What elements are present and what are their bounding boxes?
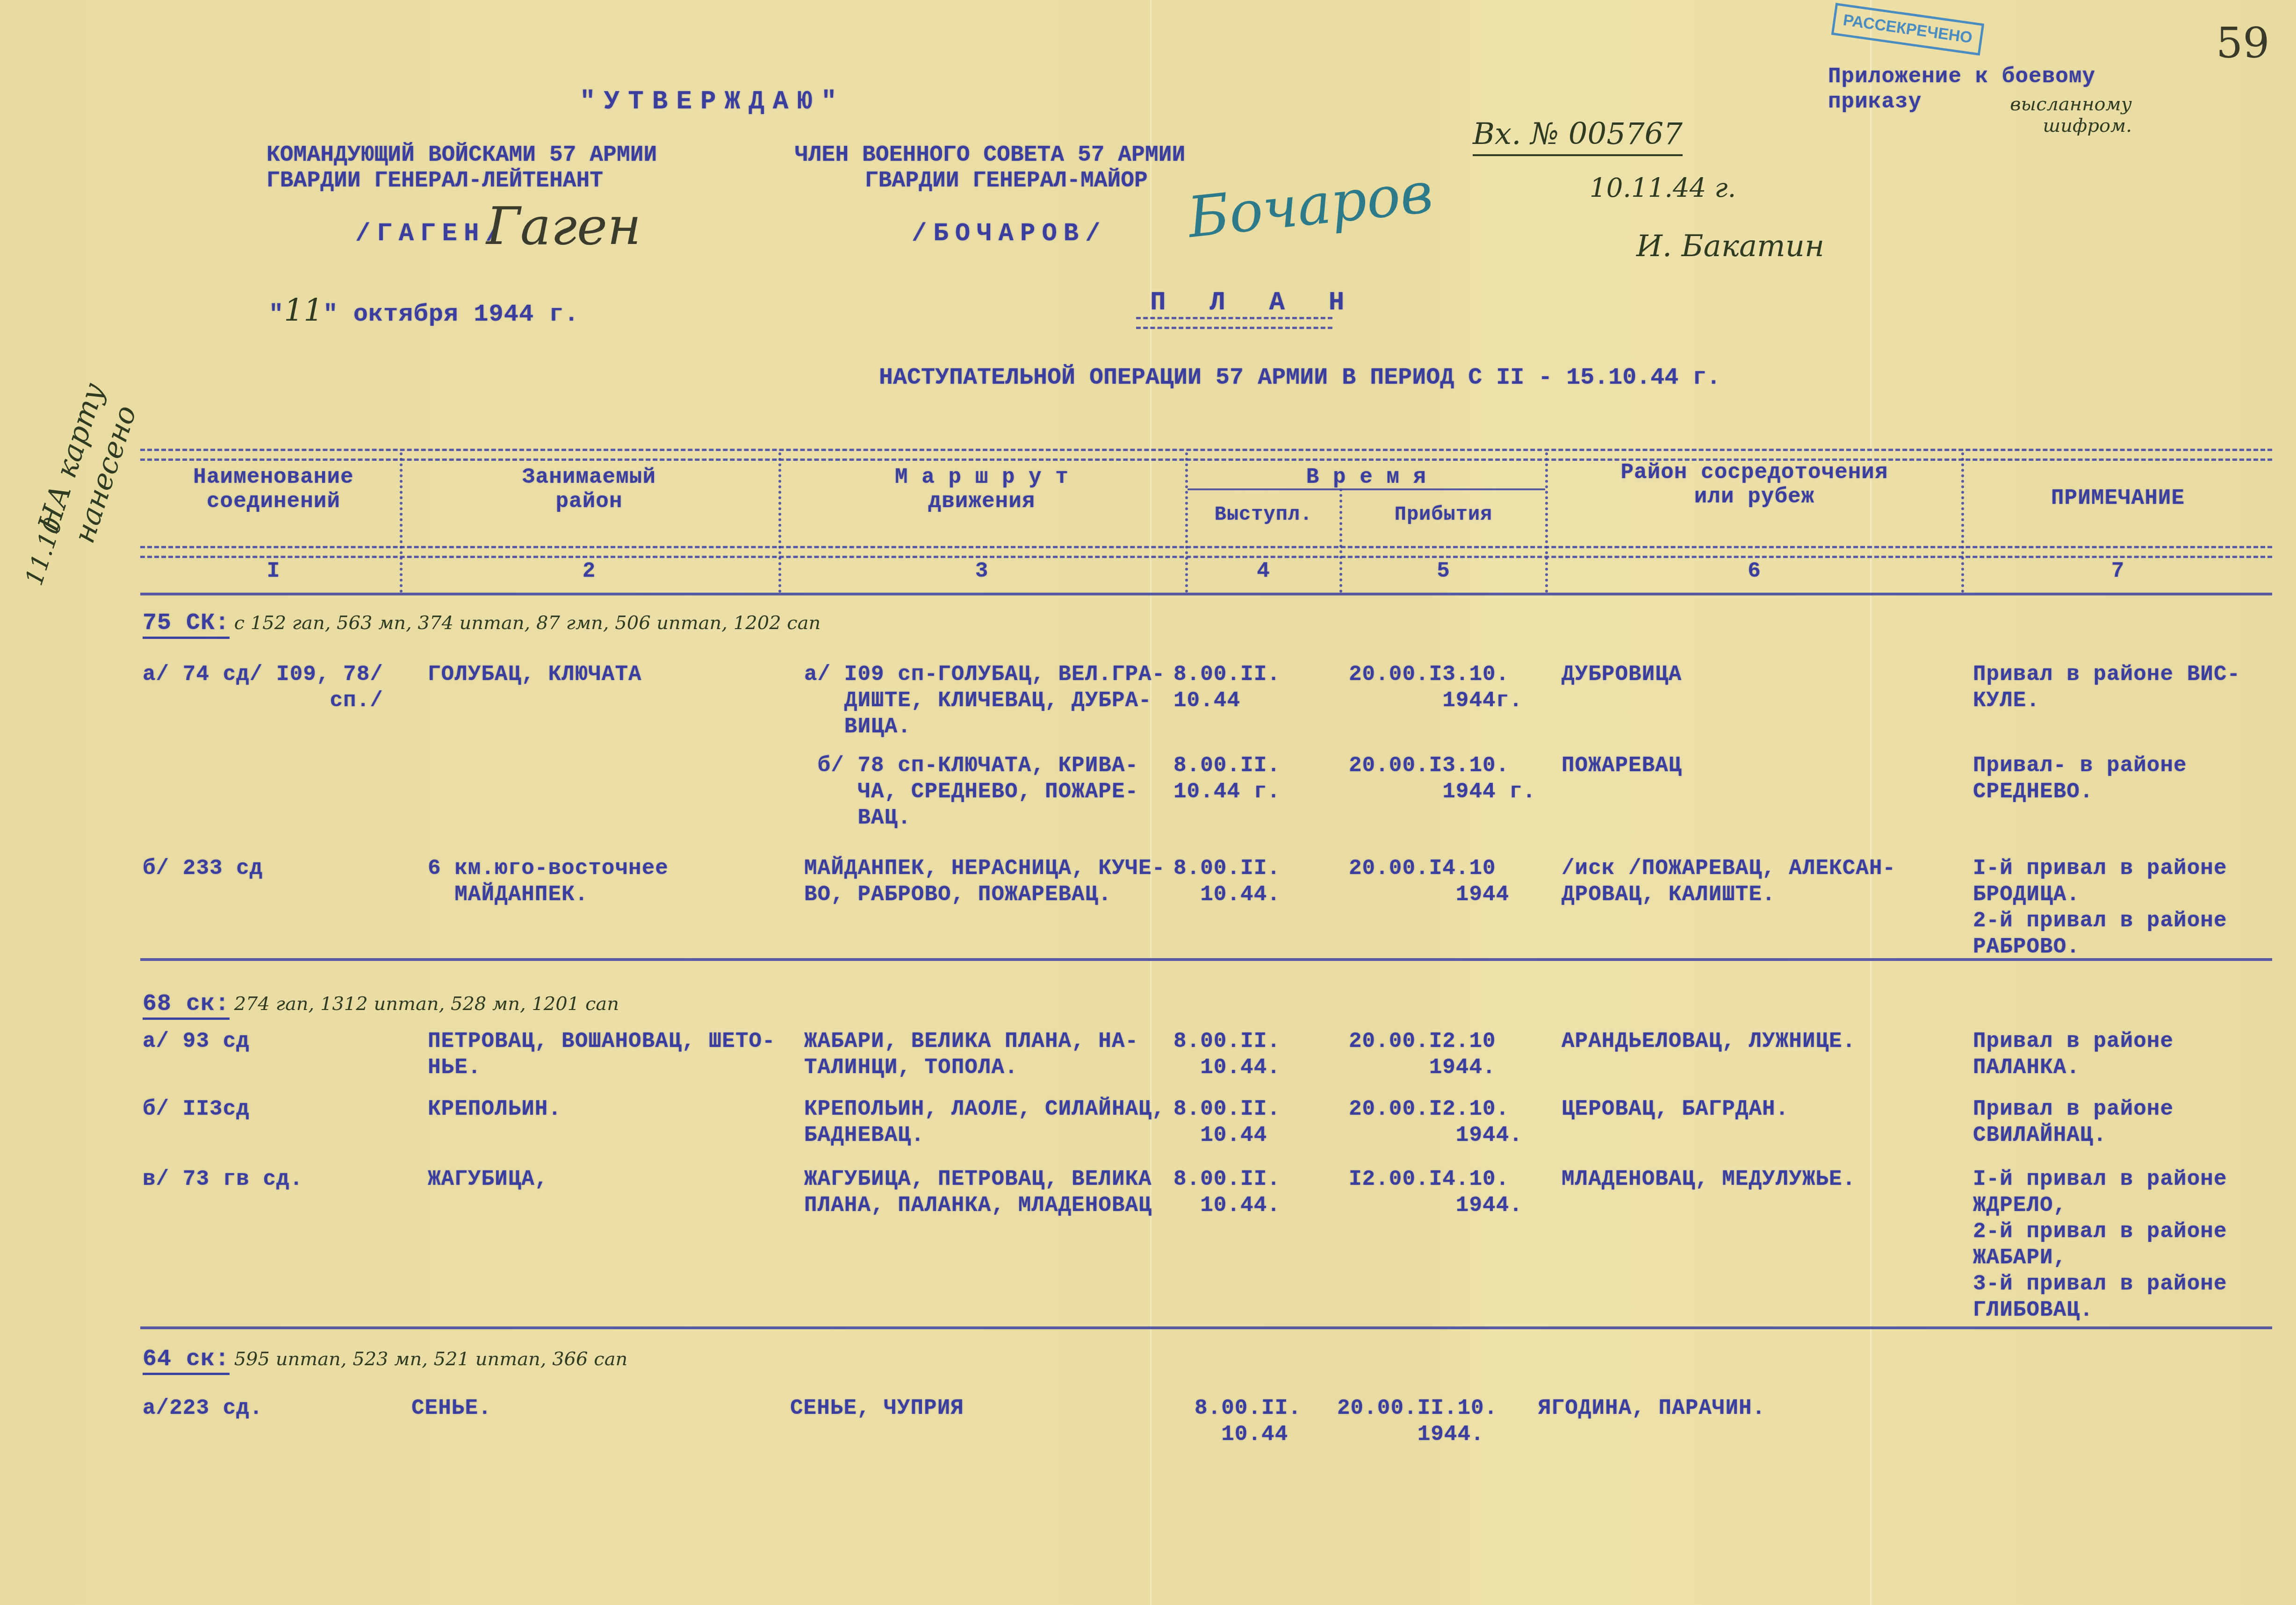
arrival-cell: 20.00.I2.10 1944. bbox=[1349, 1028, 1496, 1081]
col-numbers-bottom-border bbox=[140, 593, 2272, 595]
destination-cell: МЛАДЕНОВАЦ, МЕДУЛУЖЬЕ. bbox=[1562, 1166, 1856, 1192]
col-number: I bbox=[150, 559, 397, 583]
title-underline bbox=[1136, 317, 1332, 329]
date-day: 11 bbox=[284, 292, 323, 328]
date-quote: " bbox=[269, 301, 284, 328]
unit-cell: б/ II3сд bbox=[143, 1096, 250, 1122]
departure-cell: 8.00.II. 10.44. bbox=[1173, 1166, 1281, 1218]
col-number: 6 bbox=[1547, 559, 1961, 583]
header-unit-name: Наименование соединений bbox=[150, 465, 397, 514]
departure-cell: 8.00.II. 10.44 bbox=[1173, 661, 1281, 714]
area-cell: КРЕПОЛЬИН. bbox=[428, 1096, 561, 1122]
date-quote: " bbox=[323, 301, 353, 328]
corps-attachments: 595 иптап, 523 мп, 521 иптап, 366 сап bbox=[234, 1348, 628, 1370]
note-cell: Привал в районе СВИЛАЙНАЦ. bbox=[1973, 1096, 2174, 1148]
unit-cell: а/ 93 сд bbox=[143, 1028, 250, 1054]
margin-note-date: 11.10 bbox=[20, 514, 68, 589]
corps-label: 64 ск: bbox=[143, 1346, 230, 1375]
route-cell: СЕНЬЕ, ЧУПРИЯ bbox=[790, 1395, 964, 1421]
council-member-signature: Бочаров bbox=[1185, 160, 1436, 251]
area-cell: 6 км.юго-восточнее МАЙДАНПЕК. bbox=[428, 855, 669, 908]
document-subtitle: НАСТУПАТЕЛЬНОЙ ОПЕРАЦИИ 57 АРМИИ В ПЕРИО… bbox=[879, 365, 1720, 391]
commander-name: /ГАГЕН/ bbox=[355, 220, 507, 248]
paper-crease bbox=[1150, 0, 1152, 1605]
corps-heading-64: 64 ск: 595 иптап, 523 мп, 521 иптап, 366… bbox=[143, 1346, 627, 1373]
corps-attachments: с 152 гап, 563 мп, 374 иптап, 87 гмп, 50… bbox=[234, 612, 821, 634]
arrival-cell: I2.00.I4.10. 1944. bbox=[1349, 1166, 1523, 1218]
declassified-stamp: РАССЕКРЕЧЕНО bbox=[1831, 3, 1984, 56]
route-cell: ЖАБАРИ, ВЕЛИКА ПЛАНА, НА- ТАЛИНЦИ, ТОПОЛ… bbox=[804, 1028, 1138, 1081]
arrival-cell: 20.00.I2.10. 1944. bbox=[1349, 1096, 1523, 1148]
area-cell: ЖАГУБИЦА, bbox=[428, 1166, 548, 1192]
route-cell: б/ 78 сп-КЛЮЧАТА, КРИВА- ЧА, СРЕДНЕВО, П… bbox=[804, 752, 1138, 831]
header-arrival: Прибытия bbox=[1342, 502, 1545, 527]
arrival-cell: 20.00.I3.10. 1944 г. bbox=[1349, 752, 1536, 805]
unit-cell: а/223 сд. bbox=[143, 1395, 263, 1421]
incoming-date: 10.11.44 г. bbox=[1590, 173, 1736, 203]
col-number: 5 bbox=[1342, 559, 1545, 583]
corps-heading-75: 75 СК: с 152 гап, 563 мп, 374 иптап, 87 … bbox=[143, 610, 821, 637]
header-time-group: В р е м я bbox=[1188, 465, 1545, 489]
note-cell: I-й привал в районе ЖДРЕЛО, 2-й привал в… bbox=[1973, 1166, 2227, 1323]
group-separator bbox=[140, 1326, 2272, 1329]
destination-cell: АРАНДЬЕЛОВАЦ, ЛУЖНИЦЕ. bbox=[1562, 1028, 1856, 1054]
note-cell: I-й привал в районе БРОДИЦА. 2-й привал … bbox=[1973, 855, 2227, 960]
page-number: 59 bbox=[2216, 19, 2270, 68]
note-cell: Привал- в районе СРЕДНЕВО. bbox=[1973, 752, 2187, 805]
incoming-number: Вх. № 005767 bbox=[1473, 117, 1683, 156]
departure-cell: 8.00.II. 10.44 bbox=[1173, 1096, 1281, 1148]
area-cell: ГОЛУБАЦ, КЛЮЧАТА bbox=[428, 661, 642, 688]
council-member-title-line2: ГВАРДИИ ГЕНЕРАЛ-МАЙОР bbox=[865, 168, 1148, 193]
area-cell: ПЕТРОВАЦ, ВОШАНОВАЦ, ШЕТО- НЬЕ. bbox=[428, 1028, 776, 1081]
header-route: М а р ш р у т движения bbox=[781, 465, 1183, 514]
note-cell: Привал в районе ПАЛАНКА. bbox=[1973, 1028, 2174, 1081]
unit-cell: б/ 233 сд bbox=[143, 855, 263, 881]
departure-cell: 8.00.II. 10.44 г. bbox=[1173, 752, 1281, 805]
group-separator bbox=[140, 958, 2272, 961]
area-cell: СЕНЬЕ. bbox=[411, 1395, 492, 1421]
destination-cell: ЯГОДИНА, ПАРАЧИН. bbox=[1538, 1395, 1765, 1421]
document-title: П Л А Н bbox=[1150, 287, 1358, 317]
header-bottom-border bbox=[140, 546, 2272, 558]
destination-cell: ЦЕРОВАЦ, БАГРДАН. bbox=[1562, 1096, 1789, 1122]
registrar-signature: И. Бакатин bbox=[1636, 229, 1824, 264]
col-number: 3 bbox=[781, 559, 1183, 583]
arrival-cell: 20.00.II.10. 1944. bbox=[1337, 1395, 1497, 1447]
approval-date: "11" октября 1944 г. bbox=[269, 292, 579, 328]
corps-attachments: 274 гап, 1312 иптап, 528 мп, 1201 сап bbox=[234, 993, 619, 1015]
note-cell: Привал в районе ВИС- КУЛЕ. bbox=[1973, 661, 2240, 714]
attachment-note-line1: Приложение к боевому bbox=[1828, 64, 2095, 89]
route-cell: ЖАГУБИЦА, ПЕТРОВАЦ, ВЕЛИКА ПЛАНА, ПАЛАНК… bbox=[804, 1166, 1152, 1218]
approval-title: "УТВЕРЖДАЮ" bbox=[580, 86, 845, 116]
corps-label: 68 ск: bbox=[143, 991, 230, 1020]
col-number: 7 bbox=[1964, 559, 2272, 583]
attachment-note-handwritten: высланному шифром. bbox=[1926, 93, 2132, 136]
table-top-border bbox=[140, 449, 2272, 461]
attachment-note-typed: приказу bbox=[1828, 90, 1922, 114]
col-number: 2 bbox=[402, 559, 776, 583]
header-notes: ПРИМЕЧАНИЕ bbox=[1964, 486, 2272, 510]
destination-cell: ПОЖАРЕВАЦ bbox=[1562, 752, 1682, 779]
destination-cell: /иск /ПОЖАРЕВАЦ, АЛЕКСАН- ДРОВАЦ, КАЛИШТ… bbox=[1562, 855, 1896, 908]
council-member-name: /БОЧАРОВ/ bbox=[912, 220, 1107, 248]
paper-crease bbox=[1870, 0, 1871, 1605]
commander-title-line2: ГВАРДИИ ГЕНЕРАЛ-ЛЕЙТЕНАНТ bbox=[266, 168, 603, 193]
council-member-title-line1: ЧЛЕН ВОЕННОГО СОВЕТА 57 АРМИИ bbox=[795, 143, 1185, 168]
unit-cell: а/ 74 сд/ I09, 78/ сп./ bbox=[143, 661, 383, 714]
route-cell: МАЙДАНПЕК, НЕРАСНИЦА, КУЧЕ- ВО, РАБРОВО,… bbox=[804, 855, 1165, 908]
date-rest: октября 1944 г. bbox=[353, 301, 579, 328]
arrival-cell: 20.00.I4.10 1944 bbox=[1349, 855, 1509, 908]
col-number: 4 bbox=[1188, 559, 1339, 583]
corps-label: 75 СК: bbox=[143, 610, 230, 639]
departure-cell: 8.00.II. 10.44 bbox=[1195, 1395, 1302, 1447]
commander-signature: Гаген bbox=[486, 196, 641, 256]
arrival-cell: 20.00.I3.10. 1944г. bbox=[1349, 661, 1523, 714]
route-cell: КРЕПОЛЬИН, ЛАОЛЕ, СИЛАЙНАЦ, БАДНЕВАЦ. bbox=[804, 1096, 1165, 1148]
attachment-note-line2: приказу bbox=[1828, 90, 1922, 114]
header-occupied-area: Занимаемый район bbox=[402, 465, 776, 514]
departure-cell: 8.00.II. 10.44. bbox=[1173, 855, 1281, 908]
header-departure: Выступл. bbox=[1188, 502, 1339, 527]
departure-cell: 8.00.II. 10.44. bbox=[1173, 1028, 1281, 1081]
header-destination: Район сосредоточения или рубеж bbox=[1547, 460, 1961, 509]
destination-cell: ДУБРОВИЦА bbox=[1562, 661, 1682, 688]
route-cell: а/ I09 сп-ГОЛУБАЦ, ВЕЛ.ГРА- ДИШТЕ, КЛИЧЕ… bbox=[804, 661, 1165, 740]
unit-cell: в/ 73 гв сд. bbox=[143, 1166, 303, 1192]
corps-heading-68: 68 ск: 274 гап, 1312 иптап, 528 мп, 1201… bbox=[143, 991, 619, 1017]
commander-title-line1: КОМАНДУЮЩИЙ ВОЙСКАМИ 57 АРМИИ bbox=[266, 143, 657, 168]
